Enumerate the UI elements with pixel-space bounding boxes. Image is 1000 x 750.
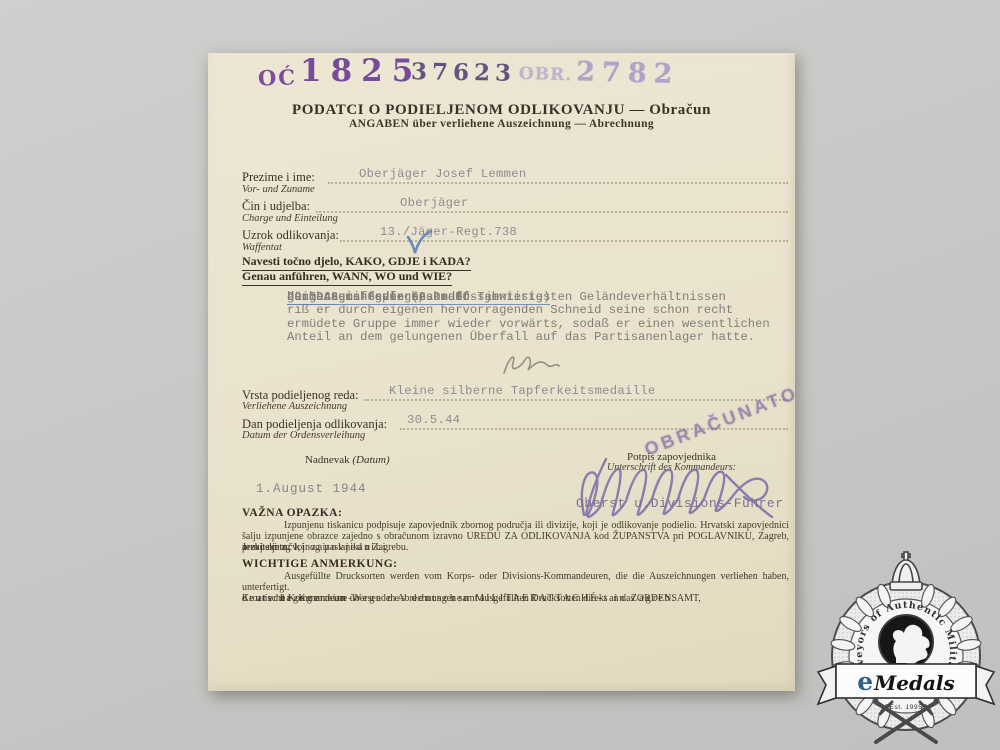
citation-line-4: riß er durch eigenen hervorragenden Schn… — [287, 304, 773, 317]
note-paragraph-de: Ausgefüllte Drucksorten werden vom Korps… — [242, 572, 789, 594]
citation-line-6: Anteil an dem gelungenen Überfall auf da… — [287, 331, 773, 344]
award-date-value: 30.5.44 — [407, 413, 460, 427]
note-heading-hr: VAŽNA OPAZKA: — [242, 507, 342, 519]
blue-checkmark-icon — [404, 229, 434, 257]
name-sublabel: Vor- und Zuname — [242, 184, 315, 195]
faded-obr-stamp: OBR. 2782 — [519, 55, 680, 90]
citation-text: L. hat sich ganz besonders am 29.5.43 be… — [287, 291, 773, 345]
rank-ruled-line — [316, 211, 788, 213]
lion-medallion-icon — [879, 615, 933, 669]
faded-obr-number: 2782 — [576, 56, 680, 90]
photo-background: { "stamps": { "oc": "OĆ", "oc_number": "… — [0, 0, 1000, 750]
note-paragraph-hr: Izpunjenu tiskanicu podpisuje zapovjedni… — [242, 521, 789, 543]
name-ruled-line — [328, 182, 788, 184]
commander-signature-ink — [576, 457, 800, 521]
emedals-brand-text: eMedals — [857, 667, 955, 696]
rank-sublabel: Charge und Einteilung — [242, 213, 338, 224]
emedals-watermark-logo: Purveyors of Authentic Militaria eMedals… — [818, 552, 994, 750]
date-caption: Nadnevak (Datum) — [305, 454, 390, 466]
reason-value: 13./Jäger-Regt.738 — [380, 225, 517, 239]
obracunato-stamp: OBRAČUNATO — [642, 382, 802, 460]
serial-number-stamp: 37623 — [411, 58, 516, 87]
form-subtitle: ANGABEN über verliehene Auszeichnung — A… — [208, 118, 795, 130]
registry-stamp-number: 1825 — [300, 53, 422, 89]
signature-rank-typed: Oberst u.Divisions-Führer — [576, 496, 784, 511]
established-text: Est. 1995 — [890, 704, 923, 711]
name-label: Prezime i ime: — [242, 170, 315, 185]
citation-line-5: ermüdete Gruppe immer wieder vorwärts, s… — [287, 318, 773, 331]
note-de-line-1: Ausgefüllte Drucksorten werden vom Korps… — [242, 572, 789, 594]
registry-stamp-oc: OĆ — [258, 64, 298, 90]
award-sublabel: Verliehene Auszeichnung — [242, 401, 347, 412]
award-ruled-line — [364, 399, 788, 401]
rank-label: Čin i udjelba: — [242, 199, 310, 214]
document-page: OĆ 1825 37623 OBR. 2782 PODATCI O PODIEL… — [208, 53, 795, 691]
reason-label: Uzrok odlikovanja: — [242, 228, 339, 243]
award-date-sublabel: Datum der Ordensverleihung — [242, 430, 365, 441]
deed-heading-de: Genau anführen, WANN, WO und WIE? — [242, 269, 452, 286]
note-heading-de: WICHTIGE ANMERKUNG: — [242, 558, 398, 570]
rank-value: Oberjäger — [400, 196, 469, 210]
crown-icon — [890, 552, 922, 590]
name-value: Oberjäger Josef Lemmen — [359, 167, 527, 181]
award-value: Kleine silberne Tapferkeitsmedaille — [389, 384, 655, 398]
form-title: PODATCI O PODIELJENOM ODLIKOVANJU — Obra… — [208, 102, 795, 119]
date-typed-value: 1.August 1944 — [256, 482, 367, 496]
pencil-signature-scribble — [498, 351, 562, 379]
reason-sublabel: Waffentat — [242, 242, 282, 253]
faded-obr-prefix: OBR. — [519, 64, 573, 85]
